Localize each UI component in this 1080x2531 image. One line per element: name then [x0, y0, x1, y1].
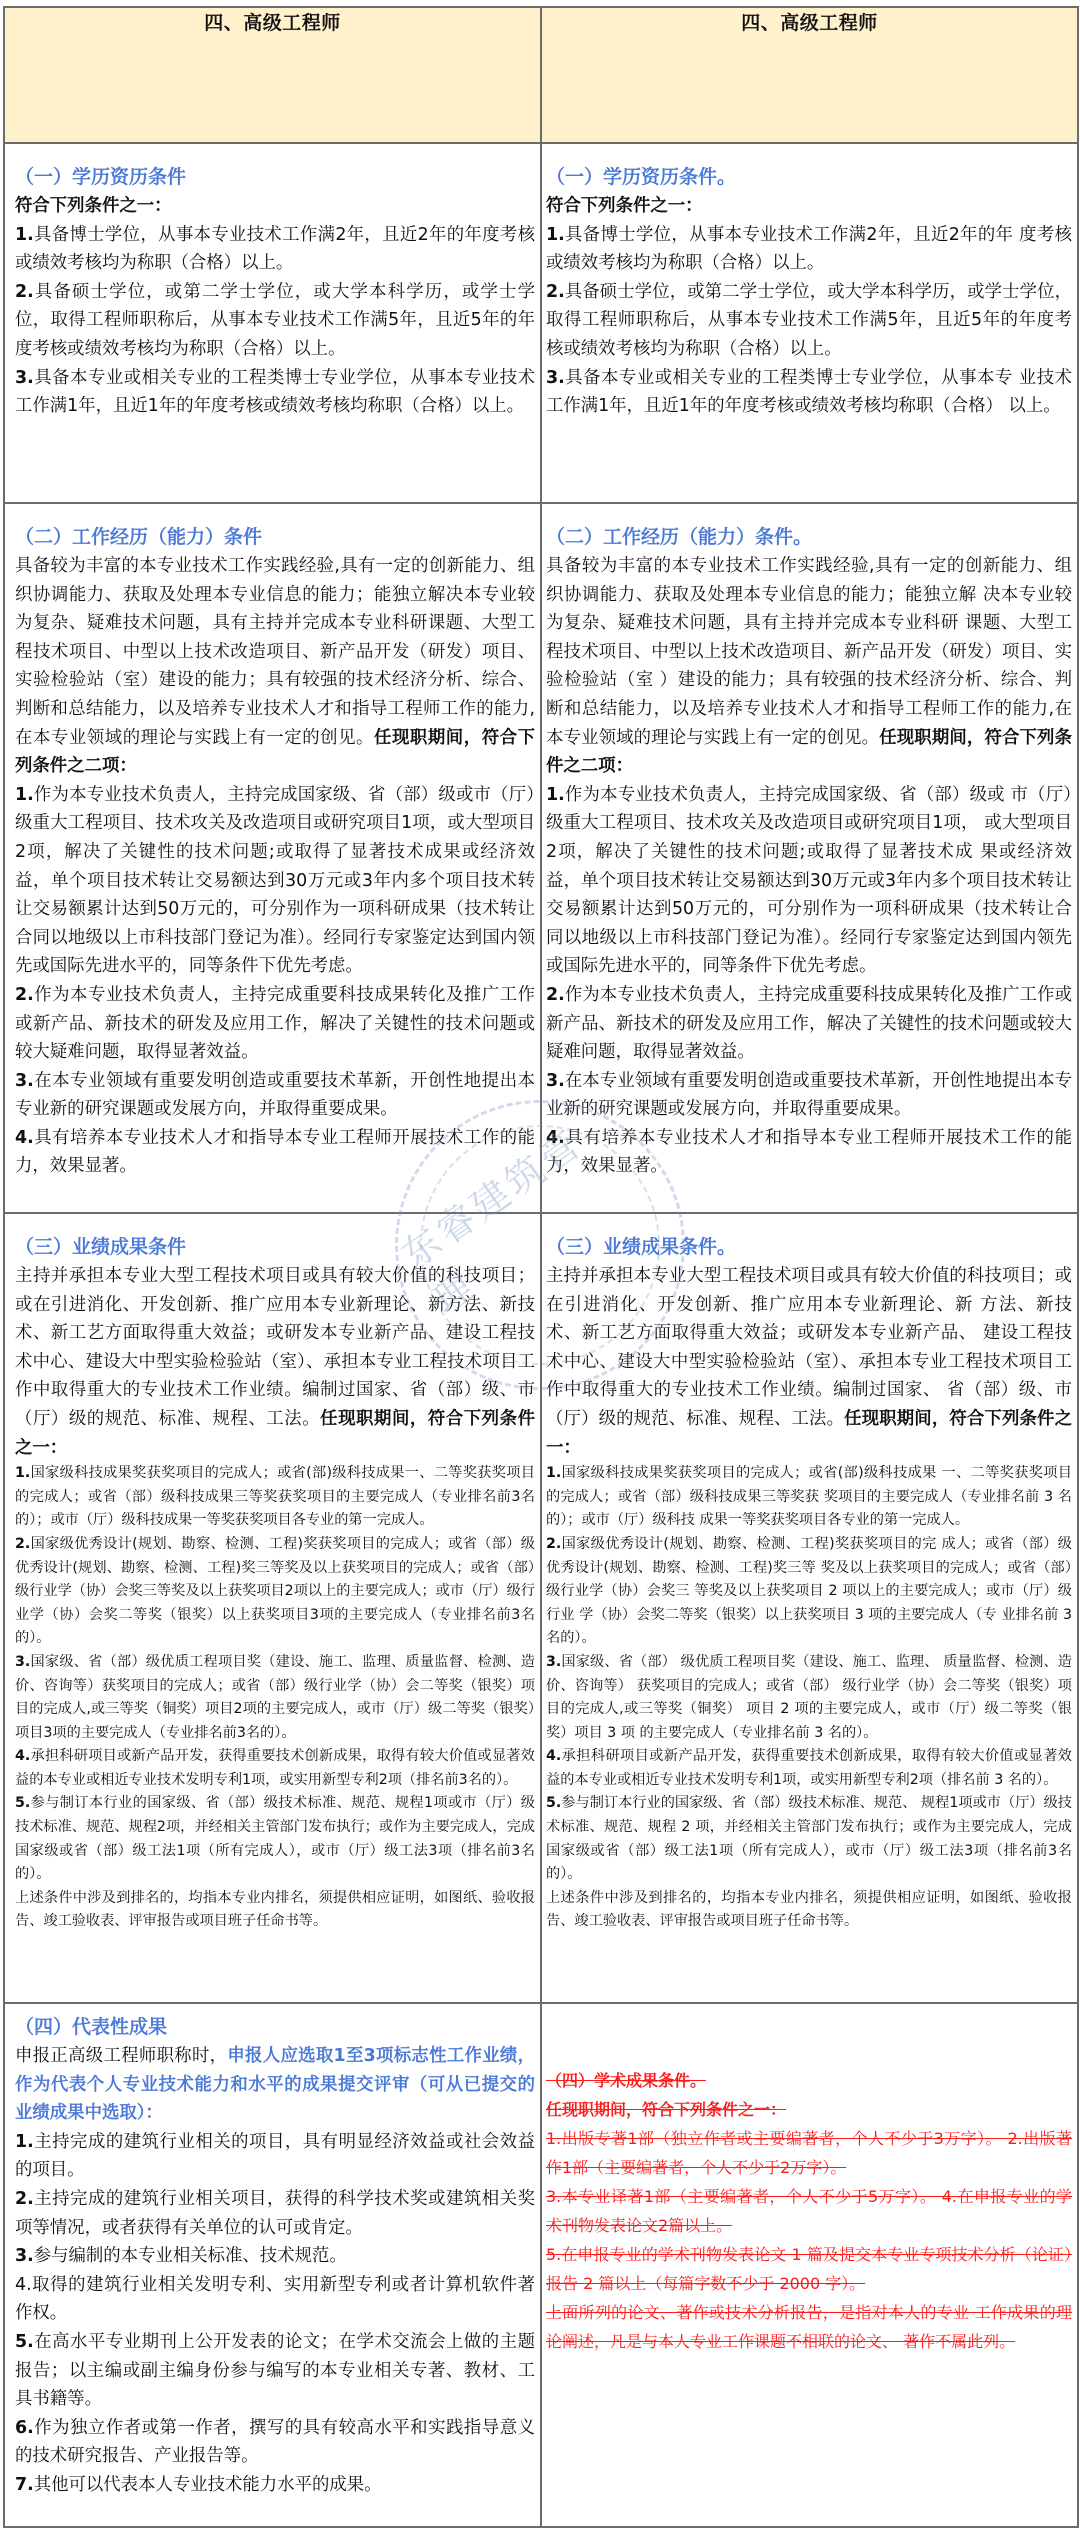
- left-column-title: 四、高级工程师: [4, 7, 541, 143]
- section-intro: 申报正高级工程师职称时，申报人应选取1至3项标志性工作业绩，作为代表个人专业技术…: [15, 2042, 535, 2128]
- row-representative: （四）代表性成果 申报正高级工程师职称时，申报人应选取1至3项标志性工作业绩，作…: [4, 2003, 1078, 2527]
- list-item: 3.在本专业领域有重要发明创造或重要技术革新，开创性地提出本专业新的研究课题或发…: [15, 1067, 535, 1124]
- list-item: 3.具备本专业或相关专业的工程类博士专业学位，从事本专业技术工作满1年，且近1年…: [15, 364, 535, 421]
- section-title: （一）学历资历条件。: [546, 162, 1072, 192]
- left-education-cell: （一）学历资历条件 符合下列条件之一： 1.具备博士学位，从事本专业技术工作满2…: [4, 143, 541, 503]
- list-item: 4.具有培养本专业技术人才和指导本专业工程师开展技术工作的能力，效果显著。: [546, 1124, 1072, 1181]
- list-item: 6.作为独立作者或第一作者，撰写的具有较高水平和实践指导意义的技术研究报告、产业…: [15, 2414, 535, 2471]
- list-item: 5.参与制订本行业的国家级、省（部）级技术标准、规范、 规程1项或市（厅）级技术…: [546, 1792, 1072, 1886]
- list-item: 4.承担科研项目或新产品开发，获得重要技术创新成果，取得有较大价值或显著效益的本…: [546, 1745, 1072, 1792]
- right-experience-cell: （二）工作经历（能力）条件。 具备较为丰富的本专业技术工作实践经验,具有一定的创…: [541, 503, 1078, 1213]
- row-experience: （二）工作经历（能力）条件 具备较为丰富的本专业技术工作实践经验,具有一定的创新…: [4, 503, 1078, 1213]
- list-item: 1.具备博士学位，从事本专业技术工作满2年，且近2年的年 度考核或绩效考核均为称…: [546, 221, 1072, 278]
- section-title: （一）学历资历条件: [15, 162, 535, 192]
- list-item: 3.具备本专业或相关专业的工程类博士专业学位，从事本专 业技术工作满1年，且近1…: [546, 364, 1072, 421]
- list-item: 5.参与制订本行业的国家级、省（部）级技术标准、规范、规程1项或市（厅）级技术标…: [15, 1792, 535, 1886]
- deleted-section-title: （四）学术成果条件。: [546, 2066, 1072, 2095]
- comparison-table: 四、高级工程师 四、高级工程师 （一）学历资历条件 符合下列条件之一： 1.具备…: [3, 6, 1079, 2528]
- list-item: 2.具备硕士学位，或第二学士学位，或大学本科学历，或学士学位，取得工程师职称后，…: [15, 278, 535, 364]
- list-item: 2.作为本专业技术负责人，主持完成重要科技成果转化及推广工作或新产品、新技术的研…: [15, 981, 535, 1067]
- list-item: 1.国家级科技成果奖获奖项目的完成人；或省(部)级科技成果 一、二等奖获奖项目的…: [546, 1462, 1072, 1533]
- list-item: 7.其他可以代表本人专业技术能力水平的成果。: [15, 2471, 535, 2500]
- list-item: 2.国家级优秀设计(规划、勘察、检测、工程)奖获奖项目的完 成人；或省（部）级优…: [546, 1533, 1072, 1651]
- deleted-item: 1.出版专著1部（独立作者或主要编著者，个人不少于3万字）。 2.出版著作1部（…: [546, 2124, 1072, 2182]
- section-title: （四）代表性成果: [15, 2012, 535, 2042]
- section-title: （二）工作经历（能力）条件。: [546, 522, 1072, 552]
- ranking-note: 上述条件中涉及到排名的，均指本专业内排名，须提供相应证明，如图纸、验收报告、竣工…: [15, 1887, 535, 1934]
- deleted-condition-lead: 任现职期间，符合下列条件之一：: [546, 2095, 1072, 2124]
- right-education-cell: （一）学历资历条件。 符合下列条件之一： 1.具备博士学位，从事本专业技术工作满…: [541, 143, 1078, 503]
- list-item: 1.作为本专业技术负责人，主持完成国家级、省（部）级或市（厅）级重大工程项目、技…: [15, 781, 535, 981]
- deleted-note: 上面所列的论文、著作或技术分析报告，是指对本人的专业 工作成果的理论阐述，凡是与…: [546, 2298, 1072, 2356]
- list-item: 2.作为本专业技术负责人，主持完成重要科技成果转化及推广工作或新产品、新技术的研…: [546, 981, 1072, 1067]
- list-item: 4.取得的建筑行业相关发明专利、实用新型专利或者计算机软件著作权。: [15, 2271, 535, 2328]
- condition-lead: 符合下列条件之一：: [15, 192, 535, 221]
- list-item: 1.作为本专业技术负责人，主持完成国家级、省（部）级或 市（厅）级重大工程项目、…: [546, 781, 1072, 981]
- ranking-note: 上述条件中涉及到排名的，均指本专业内排名，须提供相应证明，如图纸、验收报告、竣工…: [546, 1887, 1072, 1934]
- list-item: 1.主持完成的建筑行业相关的项目，具有明显经济效益或社会效益的项目。: [15, 2128, 535, 2185]
- section-body: 具备较为丰富的本专业技术工作实践经验,具有一定的创新能力、组织协调能力、获取及处…: [15, 552, 535, 781]
- list-item: 2.具备硕士学位，或第二学士学位，或大学本科学历，或学士学位，取得工程师职称后，…: [546, 278, 1072, 364]
- list-item: 2.国家级优秀设计(规划、勘察、检测、工程)奖获奖项目的完成人；或省（部）级优秀…: [15, 1533, 535, 1651]
- section-body: 主持并承担本专业大型工程技术项目或具有较大价值的科技项目；或在引进消化、开发创新…: [546, 1262, 1072, 1462]
- section-title: （二）工作经历（能力）条件: [15, 522, 535, 552]
- left-experience-cell: （二）工作经历（能力）条件 具备较为丰富的本专业技术工作实践经验,具有一定的创新…: [4, 503, 541, 1213]
- list-item: 3.参与编制的本专业相关标准、技术规范。: [15, 2242, 535, 2271]
- comparison-document: 四、高级工程师 四、高级工程师 （一）学历资历条件 符合下列条件之一： 1.具备…: [0, 0, 1080, 2531]
- list-item: 3.在本专业领域有重要发明创造或重要技术革新，开创性地提出本专业新的研究课题或发…: [546, 1067, 1072, 1124]
- condition-lead: 符合下列条件之一：: [546, 192, 1072, 221]
- section-title: （三）业绩成果条件: [15, 1232, 535, 1262]
- list-item: 3.国家级、省（部）级优质工程项目奖（建设、施工、监理、质量监督、检测、造价、咨…: [15, 1651, 535, 1745]
- list-item: 1.国家级科技成果奖获奖项目的完成人；或省(部)级科技成果一、二等奖获奖项目的完…: [15, 1462, 535, 1533]
- section-body: 具备较为丰富的本专业技术工作实践经验,具有一定的创新能力、组织协调能力、获取及处…: [546, 552, 1072, 781]
- deleted-item: 5.在申报专业的学术刊物发表论文 1 篇及提交本专业专项技术分析（论证）报告 2…: [546, 2240, 1072, 2298]
- list-item: 3.国家级、省（部） 级优质工程项目奖（建设、施工、监理、 质量监督、检测、造价…: [546, 1651, 1072, 1745]
- list-item: 5.在高水平专业期刊上公开发表的论文；在学术交流会上做的主题报告；以主编或副主编…: [15, 2328, 535, 2414]
- section-body: 主持并承担本专业大型工程技术项目或具有较大价值的科技项目；或在引进消化、开发创新…: [15, 1262, 535, 1462]
- list-item: 4.承担科研项目或新产品开发，获得重要技术创新成果，取得有较大价值或显著效益的本…: [15, 1745, 535, 1792]
- right-academic-cell-deleted: （四）学术成果条件。 任现职期间，符合下列条件之一： 1.出版专著1部（独立作者…: [541, 2003, 1078, 2527]
- right-achievements-cell: （三）业绩成果条件。 主持并承担本专业大型工程技术项目或具有较大价值的科技项目；…: [541, 1213, 1078, 2003]
- section-title: （三）业绩成果条件。: [546, 1232, 1072, 1262]
- right-column-title: 四、高级工程师: [541, 7, 1078, 143]
- list-item: 1.具备博士学位，从事本专业技术工作满2年，且近2年的年度考核或绩效考核均为称职…: [15, 221, 535, 278]
- list-item: 2.主持完成的建筑行业相关项目，获得的科学技术奖或建筑相关奖项等情况，或者获得有…: [15, 2185, 535, 2242]
- header-row: 四、高级工程师 四、高级工程师: [4, 7, 1078, 143]
- row-education: （一）学历资历条件 符合下列条件之一： 1.具备博士学位，从事本专业技术工作满2…: [4, 143, 1078, 503]
- row-achievements: （三）业绩成果条件 主持并承担本专业大型工程技术项目或具有较大价值的科技项目；或…: [4, 1213, 1078, 2003]
- deleted-item: 3.本专业译著1部（主要编著者，个人不少于5万字）。 4.在申报专业的学术刊物发…: [546, 2182, 1072, 2240]
- left-representative-cell: （四）代表性成果 申报正高级工程师职称时，申报人应选取1至3项标志性工作业绩，作…: [4, 2003, 541, 2527]
- list-item: 4.具有培养本专业技术人才和指导本专业工程师开展技术工作的能力，效果显著。: [15, 1124, 535, 1181]
- left-achievements-cell: （三）业绩成果条件 主持并承担本专业大型工程技术项目或具有较大价值的科技项目；或…: [4, 1213, 541, 2003]
